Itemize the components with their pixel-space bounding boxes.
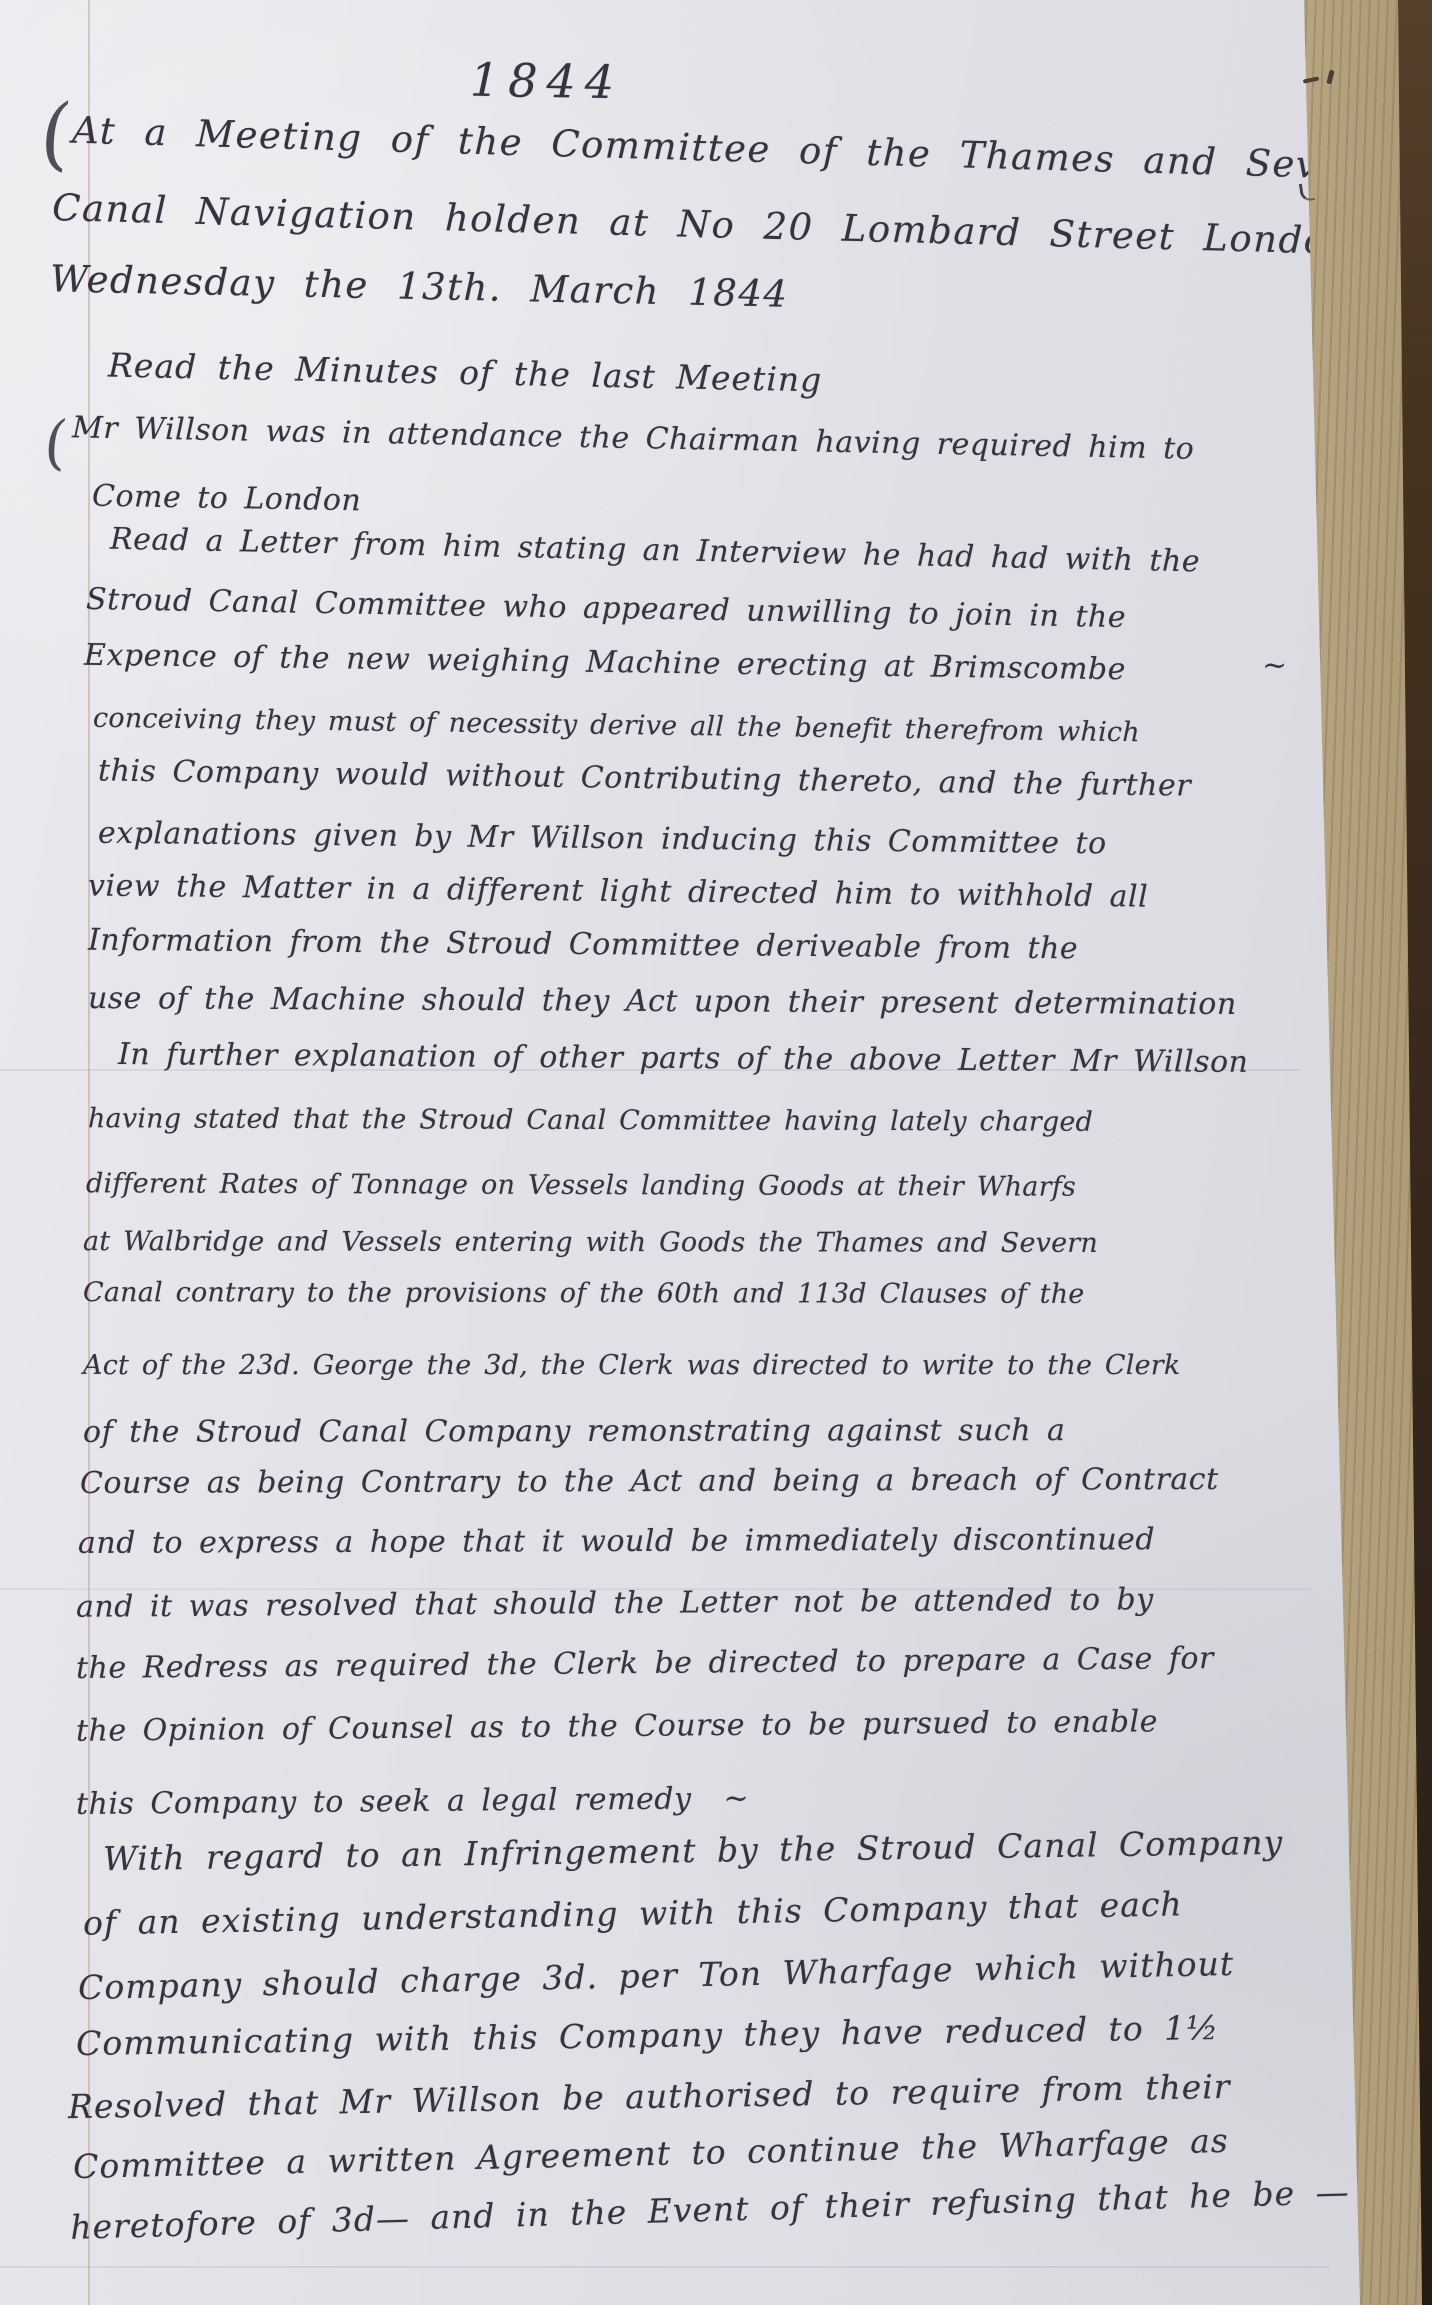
- faint-rule-line: [0, 2266, 1330, 2268]
- manuscript-line: this Company would without Contributing …: [98, 756, 1191, 801]
- manuscript-line: Read a Letter from him stating an Interv…: [110, 525, 1201, 578]
- manuscript-page: 1844 ( ( At a Meeting of the Committee o…: [0, 0, 1432, 2305]
- manuscript-line: Company should charge 3d. per Ton Wharfa…: [78, 1947, 1235, 2004]
- manuscript-line: explanations given by Mr Willson inducin…: [98, 819, 1107, 860]
- manuscript-line: heretofore of 3d— and in the Event of th…: [70, 2175, 1350, 2244]
- manuscript-line: At a Meeting of the Committee of the Tha…: [72, 112, 1387, 186]
- manuscript-line: having stated that the Stroud Canal Comm…: [88, 1105, 1093, 1136]
- margin-rule-line: [88, 0, 90, 2305]
- manuscript-line: Read the Minutes of the last Meeting: [108, 349, 823, 397]
- manuscript-line: Mr Willson was in attendance the Chairma…: [72, 413, 1195, 465]
- manuscript-line: Information from the Stroud Committee de…: [88, 926, 1078, 965]
- manuscript-line: Canal Navigation holden at No 20 Lombard…: [52, 189, 1431, 262]
- manuscript-line: Stroud Canal Committee who appeared unwi…: [86, 585, 1126, 633]
- manuscript-line: this Company to seek a legal remedy ~: [76, 1784, 749, 1820]
- manuscript-line: the Redress as required the Clerk be dir…: [76, 1644, 1214, 1684]
- manuscript-line: of an existing understanding with this C…: [83, 1887, 1183, 1939]
- manuscript-line: Resolved that Mr Willson be authorised t…: [68, 2070, 1231, 2123]
- paragraph-flourish: (: [41, 413, 70, 473]
- manuscript-line: conceiving they must of necessity derive…: [93, 705, 1140, 747]
- manuscript-line: Act of the 23d. George the 3d, the Clerk…: [83, 1352, 1180, 1379]
- squiggle-mark: ~: [1262, 648, 1287, 683]
- manuscript-line: and to express a hope that it would be i…: [78, 1525, 1155, 1559]
- year-heading: 1844: [470, 57, 624, 106]
- manuscript-line: Expence of the new weighing Machine erec…: [84, 641, 1126, 686]
- manuscript-line: Come to London: [92, 482, 362, 517]
- manuscript-line: Course as being Contrary to the Act and …: [80, 1465, 1219, 1499]
- manuscript-line: With regard to an Infringement by the St…: [103, 1826, 1284, 1875]
- manuscript-line: different Rates of Tonnage on Vessels la…: [86, 1170, 1076, 1200]
- manuscript-line: Communicating with this Company they hav…: [76, 2011, 1220, 2060]
- manuscript-line: of the Stroud Canal Company remonstratin…: [83, 1416, 1065, 1448]
- manuscript-line: use of the Machine should they Act upon …: [88, 984, 1237, 1020]
- manuscript-line: Committee a written Agreement to continu…: [73, 2124, 1229, 2183]
- manuscript-line: Canal contrary to the provisions of the …: [83, 1279, 1085, 1308]
- manuscript-line: Wednesday the 13th. March 1844: [50, 260, 789, 312]
- paragraph-flourish: (: [36, 95, 74, 176]
- manuscript-line: the Opinion of Counsel as to the Course …: [76, 1707, 1158, 1746]
- manuscript-line: view the Matter in a different light dir…: [88, 871, 1148, 912]
- manuscript-line: In further explanation of other parts of…: [118, 1040, 1249, 1078]
- manuscript-line: and it was resolved that should the Lett…: [76, 1585, 1154, 1623]
- manuscript-line: at Walbridge and Vessels entering with G…: [83, 1228, 1098, 1257]
